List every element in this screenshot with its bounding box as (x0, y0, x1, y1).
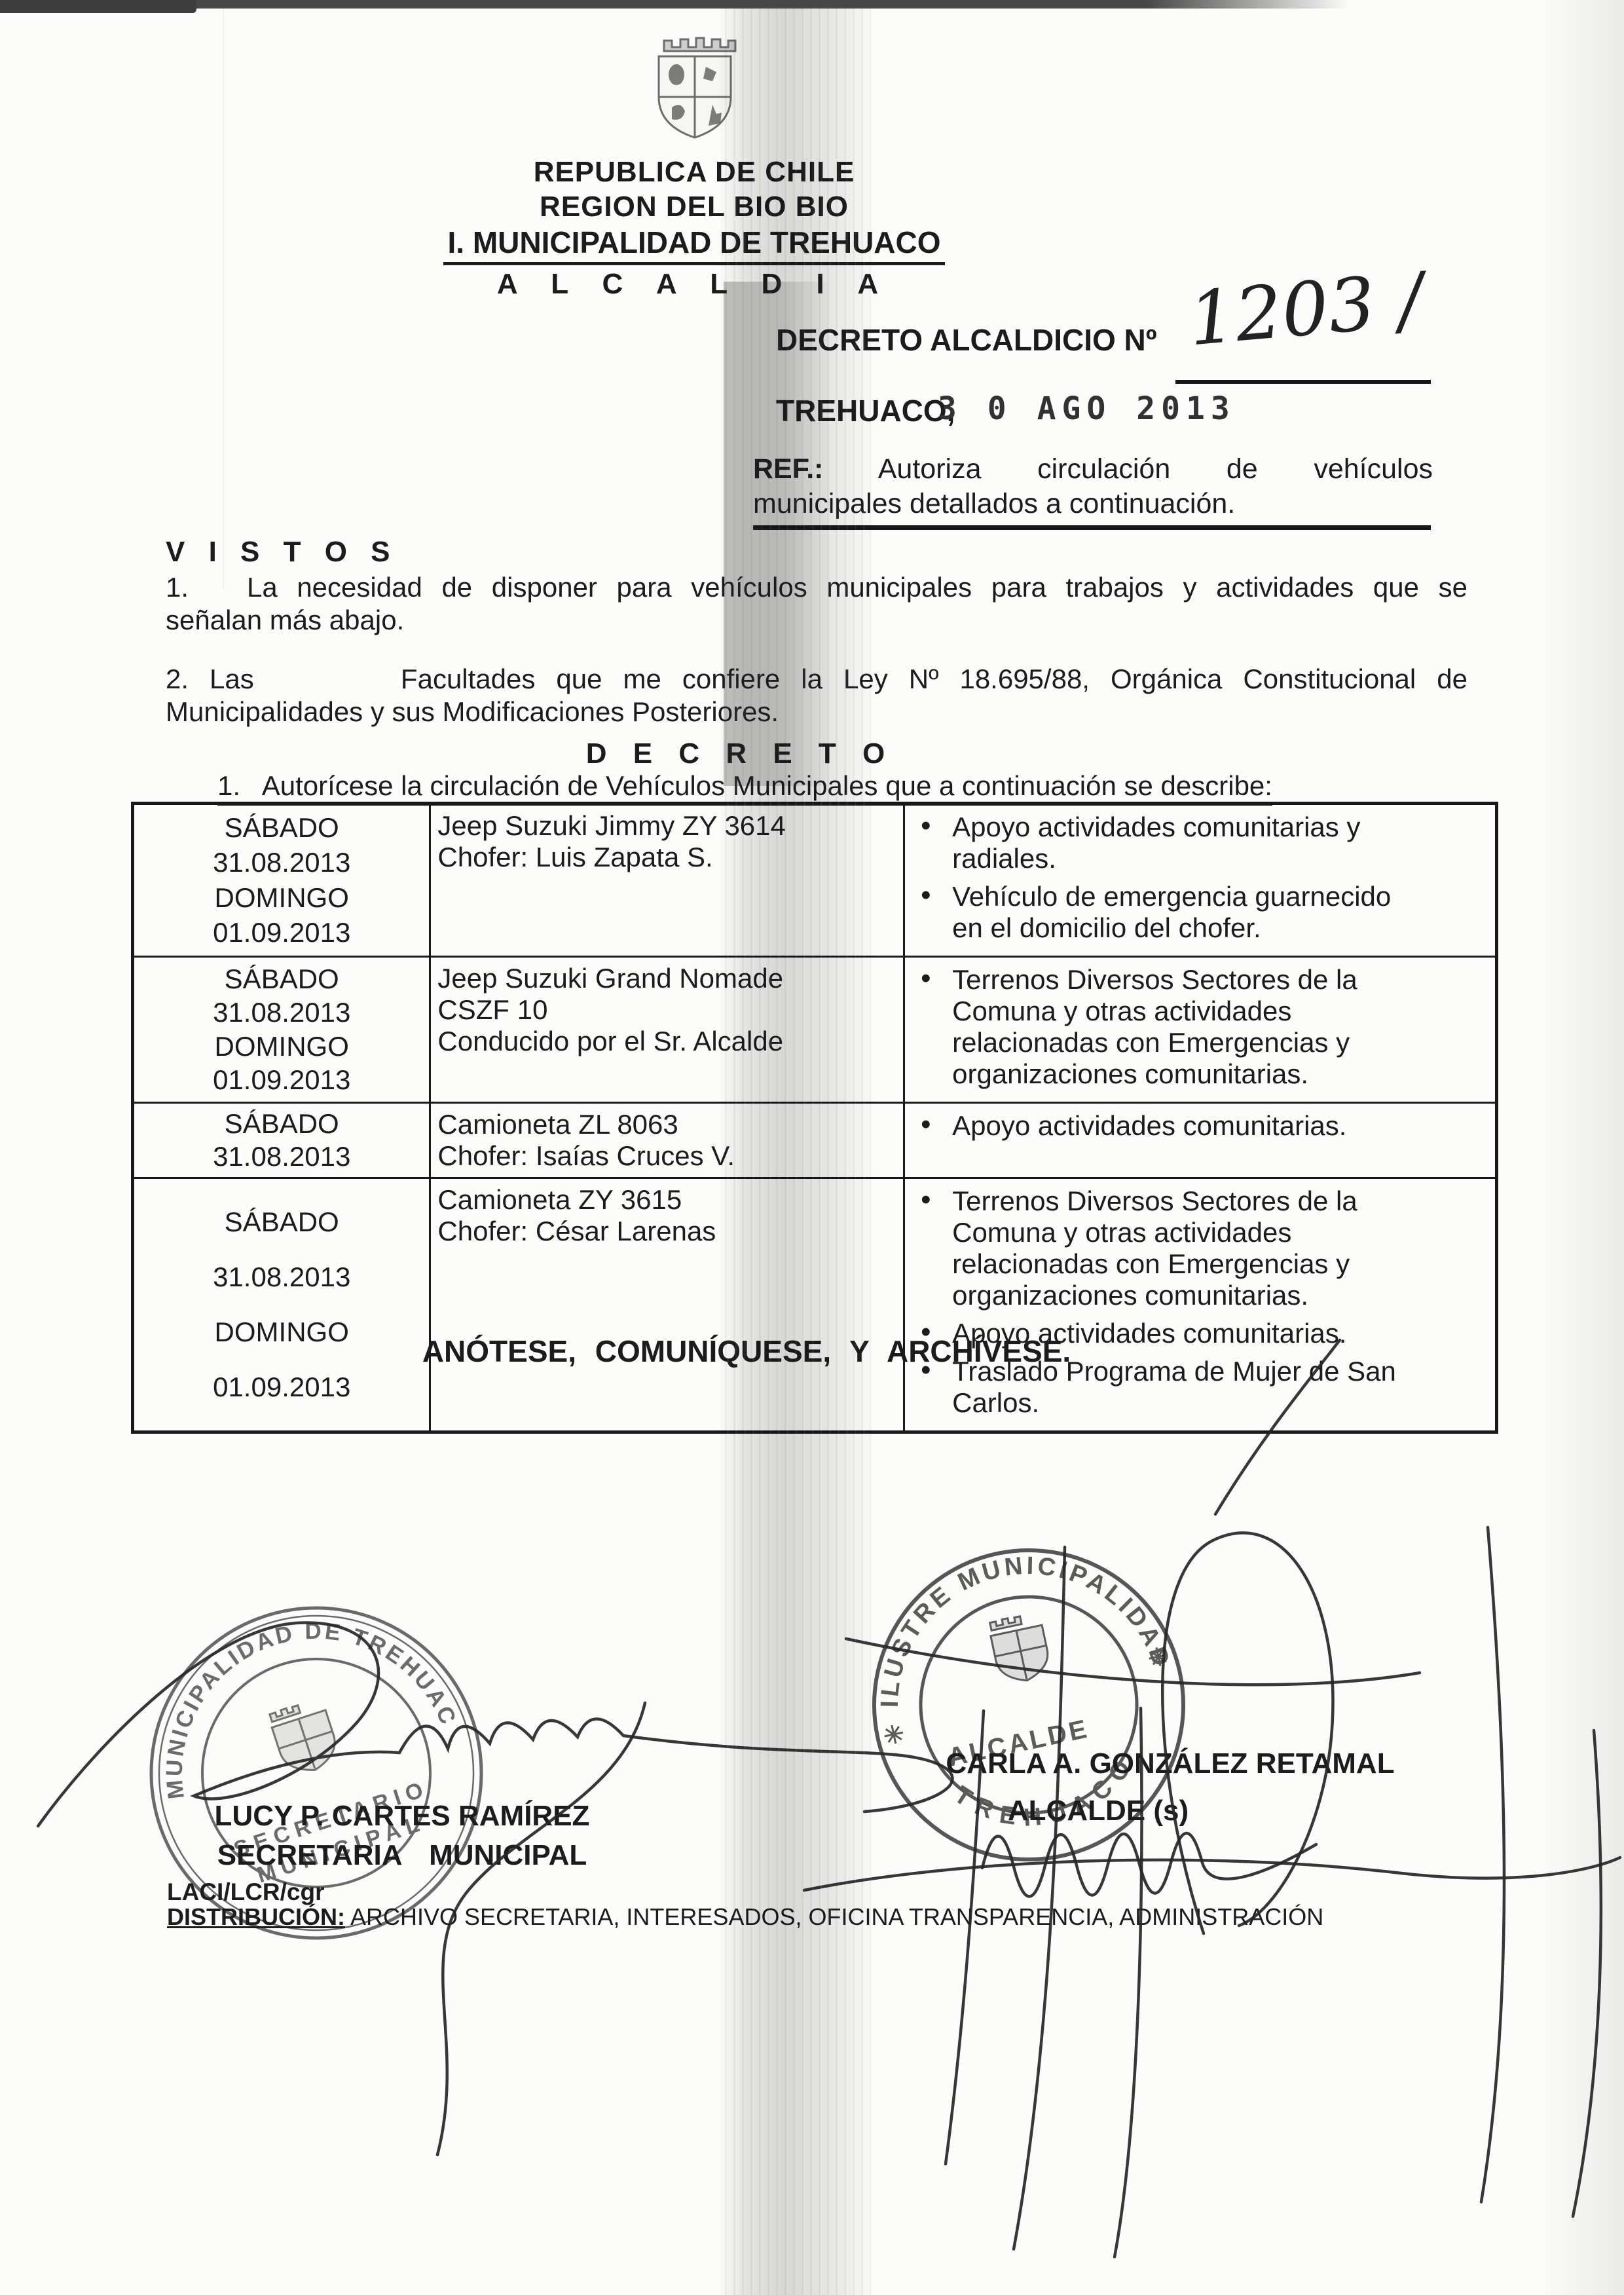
table-row: SÁBADO 31.08.2013 DOMINGO 01.09.2013 Cam… (133, 1178, 1497, 1432)
activity-item: Apoyo actividades comunitarias y radiale… (912, 812, 1424, 874)
ref-line2: municipales detallados a continuación. (753, 487, 1433, 521)
date-line: SÁBADO (134, 1206, 429, 1238)
vistos-item2-line2: Municipalidades y sus Modificaciones Pos… (166, 696, 1467, 728)
reference-underline-rule (753, 525, 1431, 530)
vehicle-line: Chofer: César Larenas (437, 1216, 896, 1247)
vistos-item2-line1: 2. Las Facultades que me confiere la Ley… (166, 663, 1467, 696)
date-line: 01.09.2013 (134, 917, 429, 948)
decree-place-label: TREHUACO, (776, 393, 955, 428)
ref-label: REF.: (753, 453, 824, 485)
footer-distribution: DISTRIBUCIÓN: ARCHIVO SECRETARIA, INTERE… (167, 1903, 1323, 1931)
date-line: SÁBADO (134, 812, 429, 844)
table-row: SÁBADO 31.08.2013 DOMINGO 01.09.2013 Jee… (133, 957, 1497, 1103)
secretaria-title: SECRETARIA MUNICIPAL (165, 1839, 639, 1872)
scanned-decree-page: REPUBLICA DE CHILE REGION DEL BIO BIO I.… (0, 0, 1624, 2295)
ref-line1: Autoriza circulación de vehículos (878, 453, 1433, 485)
reference-block: REF.: Autoriza circulación de vehículos … (753, 452, 1433, 521)
scan-top-edge (0, 0, 1349, 9)
date-line: DOMINGO (134, 1031, 429, 1062)
date-line: 31.08.2013 (134, 1141, 429, 1172)
activity-item: Terrenos Diversos Sectores de la Comuna … (912, 1185, 1424, 1311)
vistos-heading: V I S T O S (166, 536, 398, 569)
stamp-star-left: ✳ (881, 1720, 907, 1751)
vistos-item1-line1: 1. La necesidad de disponer para vehícul… (166, 571, 1467, 604)
date-line: 01.09.2013 (134, 1064, 429, 1096)
closing-formula: ANÓTESE, COMUNÍQUESE, Y ARCHÍVESE. (164, 1334, 1329, 1369)
decree-number-handwritten: 1203 / (1185, 257, 1426, 363)
letterhead-department: A L C A L D I A (216, 265, 1172, 303)
vehicle-line: CSZF 10 (437, 994, 896, 1026)
date-line: 31.08.2013 (134, 997, 429, 1028)
date-stamp: 3 0 AGO 2013 (938, 390, 1236, 427)
vehicle-line: Camioneta ZY 3615 (437, 1184, 896, 1216)
right-edge-shadow (1500, 0, 1624, 2295)
table-row: SÁBADO 31.08.2013 Camioneta ZL 8063 Chof… (133, 1103, 1497, 1178)
date-line: 31.08.2013 (134, 1261, 429, 1293)
letterhead-region: REGION DEL BIO BIO (216, 189, 1172, 224)
decree-title-label: DECRETO ALCALDICIO Nº (776, 322, 1157, 358)
date-line: SÁBADO (134, 963, 429, 995)
table-row: SÁBADO 31.08.2013 DOMINGO 01.09.2013 Jee… (133, 804, 1497, 957)
vehicle-line: Jeep Suzuki Jimmy ZY 3614 (437, 810, 896, 842)
letterhead: REPUBLICA DE CHILE REGION DEL BIO BIO I.… (216, 155, 1172, 303)
date-line: 31.08.2013 (134, 847, 429, 878)
vehicle-line: Chofer: Luis Zapata S. (437, 842, 896, 873)
footer-initials: LACI/LCR/cgr (167, 1878, 325, 1906)
activity-item: Apoyo actividades comunitarias. (912, 1110, 1424, 1142)
vehicle-line: Camioneta ZL 8063 (437, 1109, 896, 1140)
scan-top-edge-corner (0, 0, 196, 13)
vehicle-line: Conducido por el Sr. Alcalde (437, 1026, 896, 1057)
decreto-heading: D E C R E T O (164, 737, 1316, 770)
letterhead-municipality: I. MUNICIPALIDAD DE TREHUACO (443, 224, 944, 265)
activity-item: Vehículo de emergencia guarnecido en el … (912, 881, 1424, 944)
letterhead-country: REPUBLICA DE CHILE (216, 155, 1172, 189)
distribution-text: ARCHIVO SECRETARIA, INTERESADOS, OFICINA… (345, 1903, 1323, 1930)
decree-number-underline (1175, 380, 1431, 384)
date-line: SÁBADO (134, 1108, 429, 1140)
vehicle-line: Jeep Suzuki Grand Nomade (437, 963, 896, 994)
date-line: 01.09.2013 (134, 1371, 429, 1403)
alcalde-name: CARLA A. GONZÁLEZ RETAMAL (912, 1747, 1429, 1780)
alcalde-title: ALCALDE (s) (912, 1795, 1285, 1827)
vehicle-line: Chofer: Isaías Cruces V. (437, 1140, 896, 1172)
activity-item: Terrenos Diversos Sectores de la Comuna … (912, 964, 1424, 1090)
alcalde-round-stamp: ILUSTRE MUNICIPALIDAD TREHUACO ✳ ✳ ALCAL… (842, 1518, 1215, 1892)
municipal-crest-icon (640, 28, 748, 153)
decreto-intro: 1. Autorícese la circulación de Vehículo… (217, 770, 1272, 806)
date-line: DOMINGO (134, 882, 429, 914)
distribution-label: DISTRIBUCIÓN: (167, 1903, 345, 1930)
vistos-item1-line2: señalan más abajo. (166, 604, 1467, 637)
secretaria-name: LUCY P. CARTES RAMÍREZ (165, 1800, 639, 1833)
